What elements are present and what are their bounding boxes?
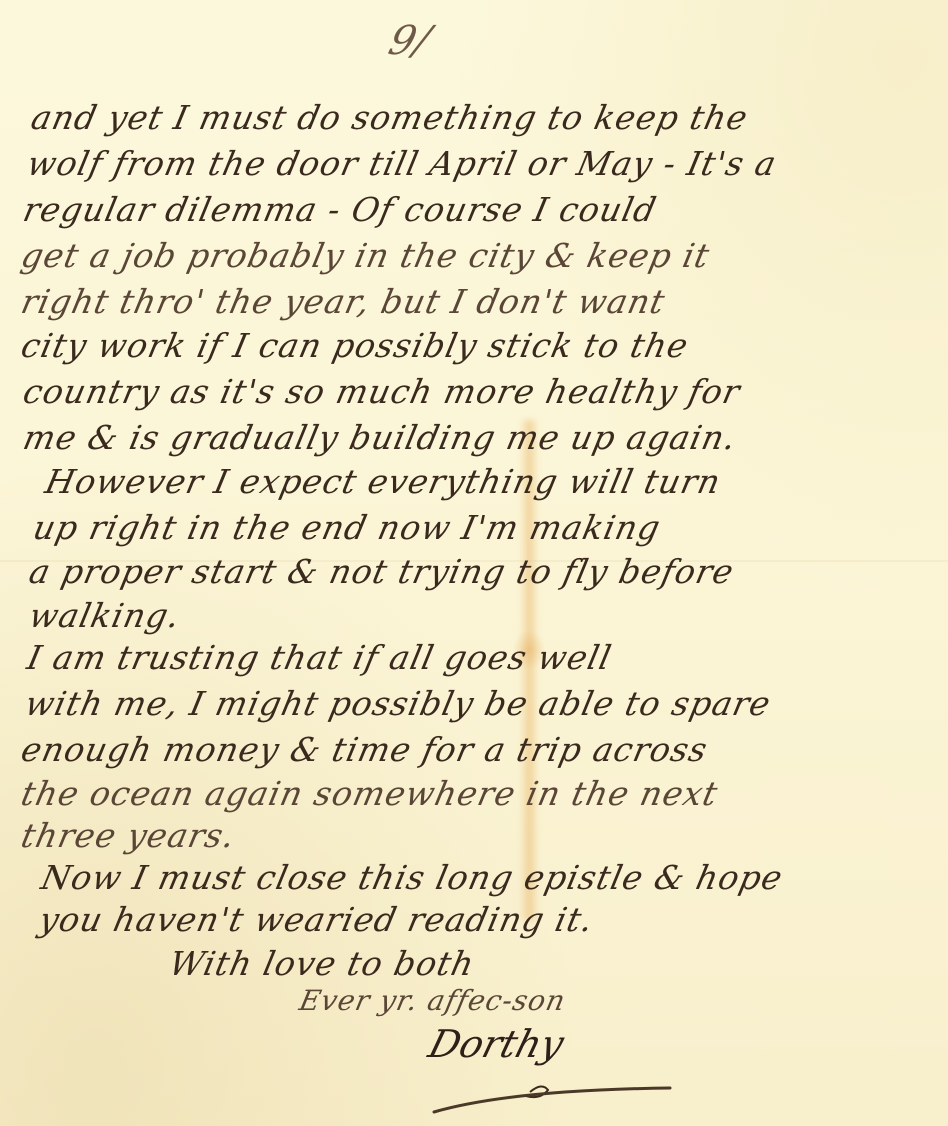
- letter-line: Now I must close this long epistle & hop…: [38, 858, 787, 897]
- letter-line: right thro' the year, but I don't want: [18, 282, 669, 321]
- letter-line: a proper start & not trying to fly befor…: [26, 552, 738, 591]
- page-number: 9/: [384, 18, 435, 64]
- letter-line: get a job probably in the city & keep it: [18, 236, 714, 275]
- letter-line: three years.: [18, 816, 239, 855]
- letter-line: up right in the end now I'm making: [30, 508, 664, 547]
- letter-line: city work if I can possibly stick to the: [18, 326, 692, 365]
- signature-flourish-icon: [430, 1070, 690, 1120]
- signature: Dorthy: [424, 1022, 569, 1066]
- letter-line: wolf from the door till April or May - I…: [24, 144, 781, 183]
- letter-page: 9/ and yet I must do something to keep t…: [0, 0, 948, 1126]
- letter-line: enough money & time for a trip across: [18, 730, 712, 769]
- letter-line: country as it's so much more healthy for: [20, 372, 744, 411]
- letter-line: the ocean again somewhere in the next: [18, 774, 722, 813]
- letter-line: I am trusting that if all goes well: [24, 638, 615, 677]
- closing-salutation: With love to both: [166, 944, 478, 983]
- letter-line: you haven't wearied reading it.: [36, 900, 597, 939]
- letter-line: with me, I might possibly be able to spa…: [22, 684, 775, 723]
- letter-line: regular dilemma - Of course I could: [20, 190, 661, 229]
- closing-valediction: Ever yr. affec-son: [296, 984, 568, 1017]
- letter-line: and yet I must do something to keep the: [28, 98, 752, 137]
- letter-line: me & is gradually building me up again.: [20, 418, 740, 457]
- letter-line: However I expect everything will turn: [42, 462, 725, 501]
- letter-line: walking.: [26, 596, 184, 635]
